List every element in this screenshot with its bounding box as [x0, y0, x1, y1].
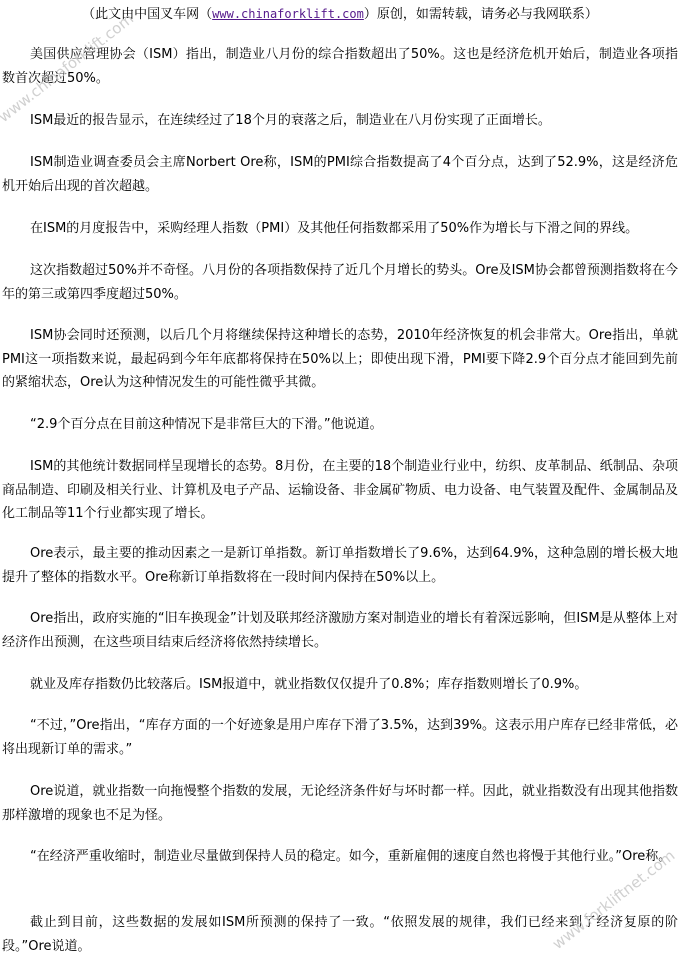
paragraph-10: Ore指出，政府实施的“旧车换现金”计划及联邦经济激励方案对制造业的增长有着深远…: [2, 607, 678, 654]
paragraph-3: ISM制造业调查委员会主席Norbert Ore称，ISM的PMI综合指数提高了…: [2, 151, 678, 198]
paragraph-13: Ore说道，就业指数一向拖慢整个指数的发展，无论经济条件好与坏时都一样。因此，就…: [2, 780, 678, 827]
source-note-prefix: （此文由中国叉车网（: [82, 7, 212, 22]
paragraph-1: 美国供应管理协会（ISM）指出，制造业八月份的综合指数超出了50%。这也是经济危…: [2, 43, 678, 90]
paragraph-12: “不过，”Ore指出，“库存方面的一个好迹象是用户库存下滑了3.5%，达到39%…: [2, 714, 678, 761]
paragraph-7: “2.9个百分点在目前这种情况下是非常巨大的下滑。”他说道。: [2, 413, 678, 437]
paragraph-11: 就业及库存指数仍比较落后。ISM报道中，就业指数仅仅提升了0.8%；库存指数则增…: [2, 673, 678, 697]
paragraph-5: 这次指数超过50%并不奇怪。八月份的各项指数保持了近几个月增长的势头。Ore及I…: [2, 259, 678, 306]
source-note-suffix: ）原创，如需转载，请务必与我网联系）: [364, 7, 598, 22]
paragraph-4: 在ISM的月度报告中，采购经理人指数（PMI）及其他任何指数都采用了50%作为增…: [2, 217, 678, 241]
paragraph-8: ISM的其他统计数据同样呈现增长的态势。8月份，在主要的18个制造业行业中，纺织…: [2, 455, 678, 526]
paragraph-15: 截止到目前，这些数据的发展如ISM所预测的保持了一致。“依照发展的规律，我们已经…: [2, 911, 678, 958]
source-link[interactable]: www.chinaforklift.com: [212, 7, 364, 21]
paragraph-2: ISM最近的报告显示，在连续经过了18个月的衰落之后，制造业在八月份实现了正面增…: [2, 109, 678, 133]
paragraph-9: Ore表示，最主要的推动因素之一是新订单指数。新订单指数增长了9.6%，达到64…: [2, 542, 678, 589]
source-note: （此文由中国叉车网（www.chinaforklift.com）原创，如需转载，…: [0, 4, 680, 25]
paragraph-6: ISM协会同时还预测，以后几个月将继续保持这种增长的态势，2010年经济恢复的机…: [2, 324, 678, 395]
paragraph-14: “在经济严重收缩时，制造业尽量做到保持人员的稳定。如今，重新雇佣的速度自然也将慢…: [2, 845, 678, 869]
